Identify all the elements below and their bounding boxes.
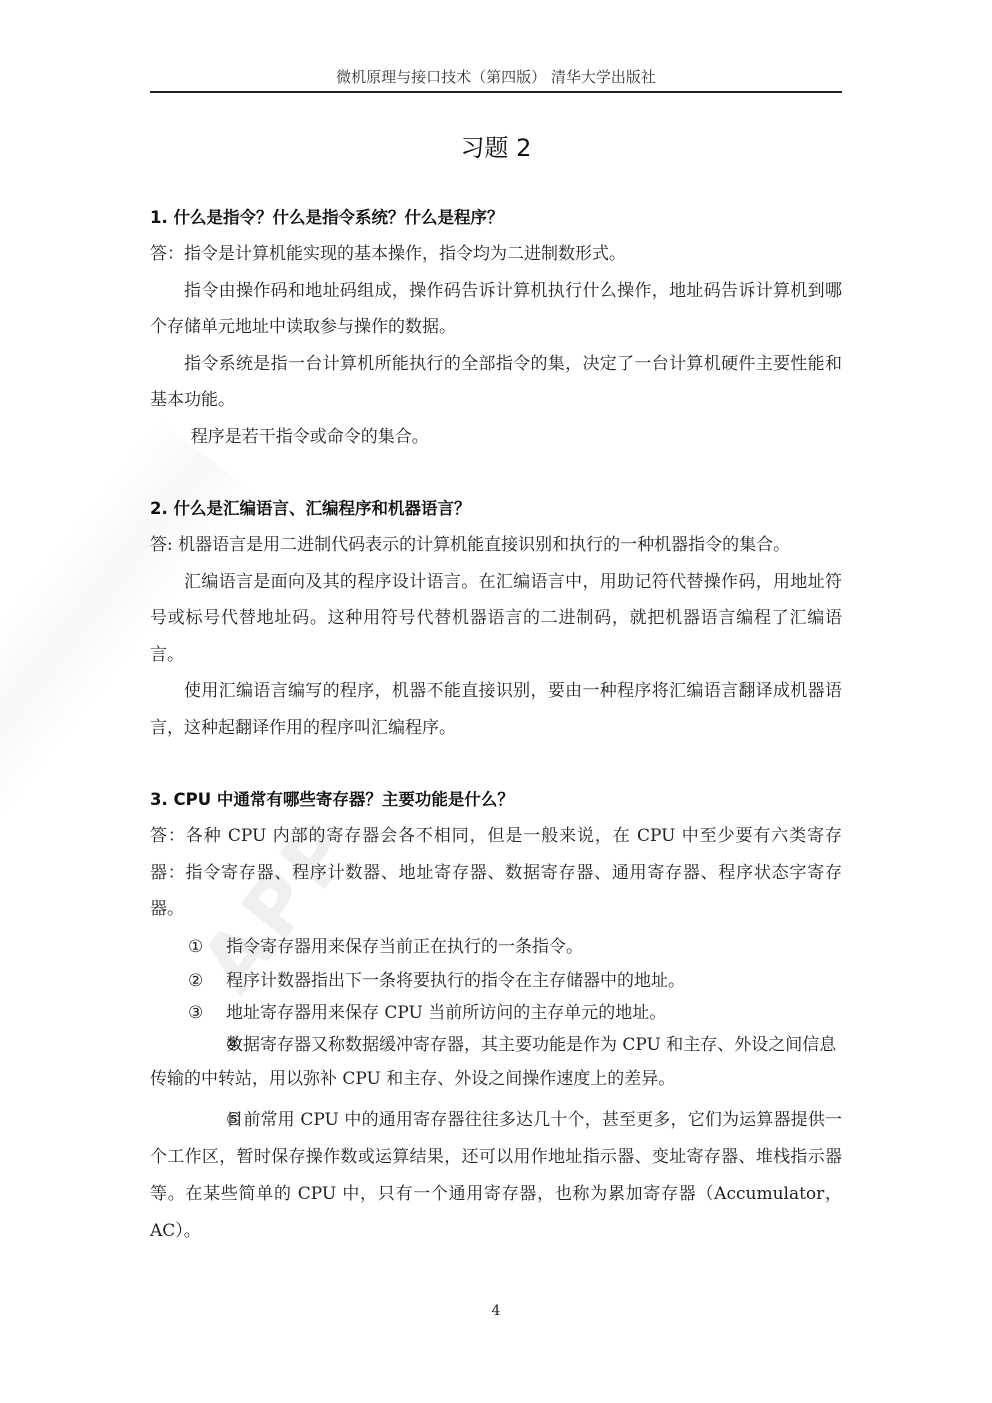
answer-paragraph: 指令由操作码和地址码组成，操作码告诉计算机执行什么操作，地址码告诉计算机到哪个存… [150, 273, 842, 346]
answer-paragraph: 程序是若干指令或命令的集合。 [150, 419, 842, 456]
list-item: ②程序计数器指出下一条将要执行的指令在主存储器中的地址。 [150, 964, 842, 998]
question-2: 2. 什么是汇编语言、汇编程序和机器语言？ 答: 机器语言是用二进制代码表示的计… [150, 491, 842, 746]
page-title: 习题 2 [0, 128, 992, 163]
list-item-text: 指令寄存器用来保存当前正在执行的一条指令。 [226, 937, 583, 957]
circled-number: ① [188, 930, 226, 964]
list-item-text: 地址寄存器用来保存 CPU 当前所访问的主存单元的地址。 [226, 1003, 666, 1023]
list-item: ⑤目前常用 CPU 中的通用寄存器往往多达几十个，甚至更多，它们为运算器提供一个… [150, 1102, 842, 1250]
circled-number: ④ [188, 1028, 226, 1062]
list-item: ③地址寄存器用来保存 CPU 当前所访问的主存单元的地址。 [150, 998, 842, 1028]
circled-number: ③ [188, 998, 226, 1028]
list-item-text: 数据寄存器又称数据缓冲寄存器，其主要功能是作为 CPU 和主存、外设之间信息传输… [150, 1035, 836, 1089]
spacer [150, 746, 842, 782]
answer-paragraph: 指令系统是指一台计算机所能执行的全部指令的集，决定了一台计算机硬件主要性能和基本… [150, 346, 842, 419]
circled-number: ② [188, 964, 226, 998]
list-item-text: 目前常用 CPU 中的通用寄存器往往多达几十个，甚至更多，它们为运算器提供一个工… [150, 1110, 842, 1241]
header-rule [150, 91, 842, 93]
list-item: ④数据寄存器又称数据缓冲寄存器，其主要功能是作为 CPU 和主存、外设之间信息传… [150, 1028, 842, 1096]
question-heading: 2. 什么是汇编语言、汇编程序和机器语言？ [150, 491, 842, 527]
running-header: 微机原理与接口技术（第四版） 清华大学出版社 [150, 66, 842, 87]
question-3: 3. CPU 中通常有哪些寄存器？主要功能是什么？ 答：各种 CPU 内部的寄存… [150, 782, 842, 1250]
question-heading: 3. CPU 中通常有哪些寄存器？主要功能是什么？ [150, 782, 842, 818]
question-heading: 1. 什么是指令？什么是指令系统？什么是程序？ [150, 200, 842, 236]
answer-paragraph: 汇编语言是面向及其的程序设计语言。在汇编语言中，用助记符代替操作码，用地址符号或… [150, 564, 842, 674]
list-item-text: 程序计数器指出下一条将要执行的指令在主存储器中的地址。 [226, 971, 685, 991]
answer-paragraph: 答：各种 CPU 内部的寄存器会各不相同，但是一般来说，在 CPU 中至少要有六… [150, 818, 842, 928]
answer-paragraph: 使用汇编语言编写的程序，机器不能直接识别，要由一种程序将汇编语言翻译成机器语言，… [150, 673, 842, 746]
spacer [150, 455, 842, 491]
content: 1. 什么是指令？什么是指令系统？什么是程序？ 答：指令是计算机能实现的基本操作… [150, 200, 842, 1250]
page-number: 4 [0, 1303, 992, 1319]
list-item: ①指令寄存器用来保存当前正在执行的一条指令。 [150, 930, 842, 964]
answer-paragraph: 答：指令是计算机能实现的基本操作，指令均为二进制数形式。 [150, 236, 842, 273]
question-1: 1. 什么是指令？什么是指令系统？什么是程序？ 答：指令是计算机能实现的基本操作… [150, 200, 842, 455]
circled-number: ⑤ [188, 1102, 226, 1139]
document-page: APP 微机原理与接口技术（第四版） 清华大学出版社 习题 2 1. 什么是指令… [0, 0, 992, 1403]
answer-paragraph: 答: 机器语言是用二进制代码表示的计算机能直接识别和执行的一种机器指令的集合。 [150, 527, 842, 564]
